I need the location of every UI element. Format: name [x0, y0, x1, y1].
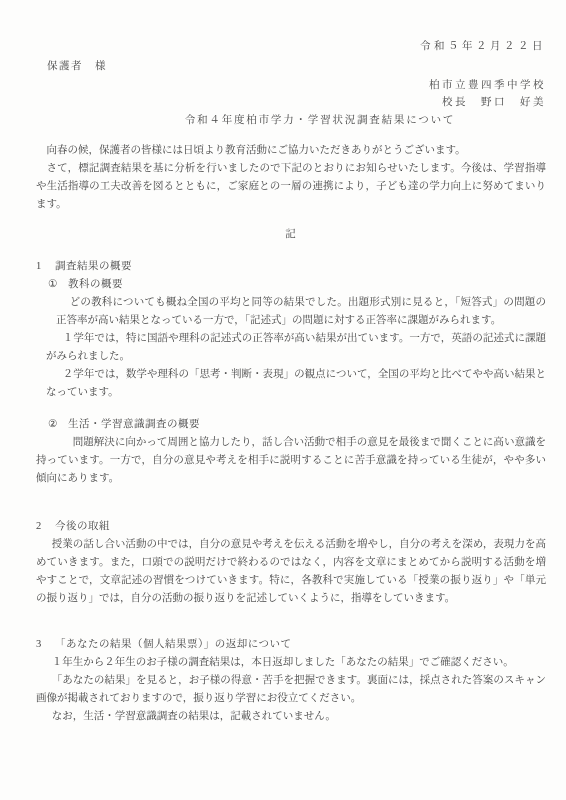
paragraph-life-survey-note: なお，生活・学習意識調査の結果は，記載されていません。: [36, 708, 546, 726]
subsection-life-study-survey: ②生活・学習意識調査の概要 問題解決に向かって周囲と協力したり，話し合い活動で相…: [36, 416, 546, 488]
section-3-title: 「あなたの結果（個人結果票）」の返却について: [55, 639, 292, 650]
subsection-subject-overview: ①教科の概要 どの教科についても概ね全国の平均と同等の結果でした。出題形式別に見…: [36, 276, 546, 402]
sender-block: 柏市立豊四季中学校 校長 野口 好美: [36, 78, 546, 111]
section-1-number: 1: [36, 258, 55, 276]
section-1-title: 調査結果の概要: [55, 261, 132, 272]
section-results-return: 3「あなたの結果（個人結果票）」の返却について １年生から２年生のお子様の調査結…: [36, 636, 546, 726]
section-3-number: 3: [36, 636, 55, 654]
section-2-number: 2: [36, 518, 55, 536]
subsection-1-title: 教科の概要: [68, 279, 123, 290]
section-1-heading: 1調査結果の概要: [36, 258, 546, 276]
section-3-heading: 3「あなたの結果（個人結果票）」の返却について: [36, 636, 546, 654]
section-2-title: 今後の取組: [55, 521, 110, 532]
subsection-1-number: ①: [48, 276, 68, 294]
section-survey-results-overview: 1調査結果の概要 ①教科の概要 どの教科についても概ね全国の平均と同等の結果でし…: [36, 258, 546, 488]
paragraph-grade2: ２学年では，数学や理科の「思考・判断・表現」の観点について，全国の平均と比べてや…: [46, 366, 546, 402]
intro-paragraph-greeting: 向春の候，保護者の皆様には日頃より教育活動にご協力いただきありがとうございます。: [36, 142, 546, 160]
section-2-heading: 2今後の取組: [36, 518, 546, 536]
record-marker: 記: [36, 226, 546, 244]
paragraph-result-usage: 「あなたの結果」を見ると，お子様の得意・苦手を把握できます。裏面には，採点された…: [36, 672, 546, 708]
subsection-2-title: 生活・学習意識調査の概要: [68, 419, 200, 430]
sender-school: 柏市立豊四季中学校: [36, 78, 546, 95]
paragraph-life-survey: 問題解決に向かって周囲と協力したり，話し合い活動で相手の意見を最後まで聞くことに…: [36, 434, 546, 488]
sender-principal: 校長 野口 好美: [36, 95, 546, 112]
subsection-1-heading: ①教科の概要: [36, 276, 546, 294]
paragraph-future-efforts: 授業の話し合い活動の中では，自分の意見や考えを伝える活動を増やし，自分の考えを深…: [36, 536, 546, 608]
letter-title: 令和４年度柏市学力・学習状況調査結果について: [36, 112, 546, 130]
paragraph-return-notice: １年生から２年生のお子様の調査結果は，本日返却しました「あなたの結果」でご確認く…: [36, 654, 546, 672]
section-future-efforts: 2今後の取組 授業の話し合い活動の中では，自分の意見や考えを伝える活動を増やし，…: [36, 518, 546, 608]
paragraph-grade1: １学年では，特に国語や理科の記述式の正答率が高い結果が出ています。一方で，英語の…: [46, 330, 546, 366]
paragraph-all-subjects: どの教科についても概ね全国の平均と同等の結果でした。出題形式別に見ると，「短答式…: [56, 294, 546, 330]
scanned-letter-page: 令和５年２月２２日 保護者 様 柏市立豊四季中学校 校長 野口 好美 令和４年度…: [0, 0, 566, 800]
letter-recipient: 保護者 様: [36, 58, 546, 76]
subsection-2-number: ②: [48, 416, 68, 434]
letter-date: 令和５年２月２２日: [36, 38, 546, 56]
subsection-2-heading: ②生活・学習意識調査の概要: [36, 416, 546, 434]
intro-paragraph-purpose: さて，標記調査結果を基に分析を行いましたので下記のとおりにお知らせいたします。今…: [36, 160, 546, 214]
